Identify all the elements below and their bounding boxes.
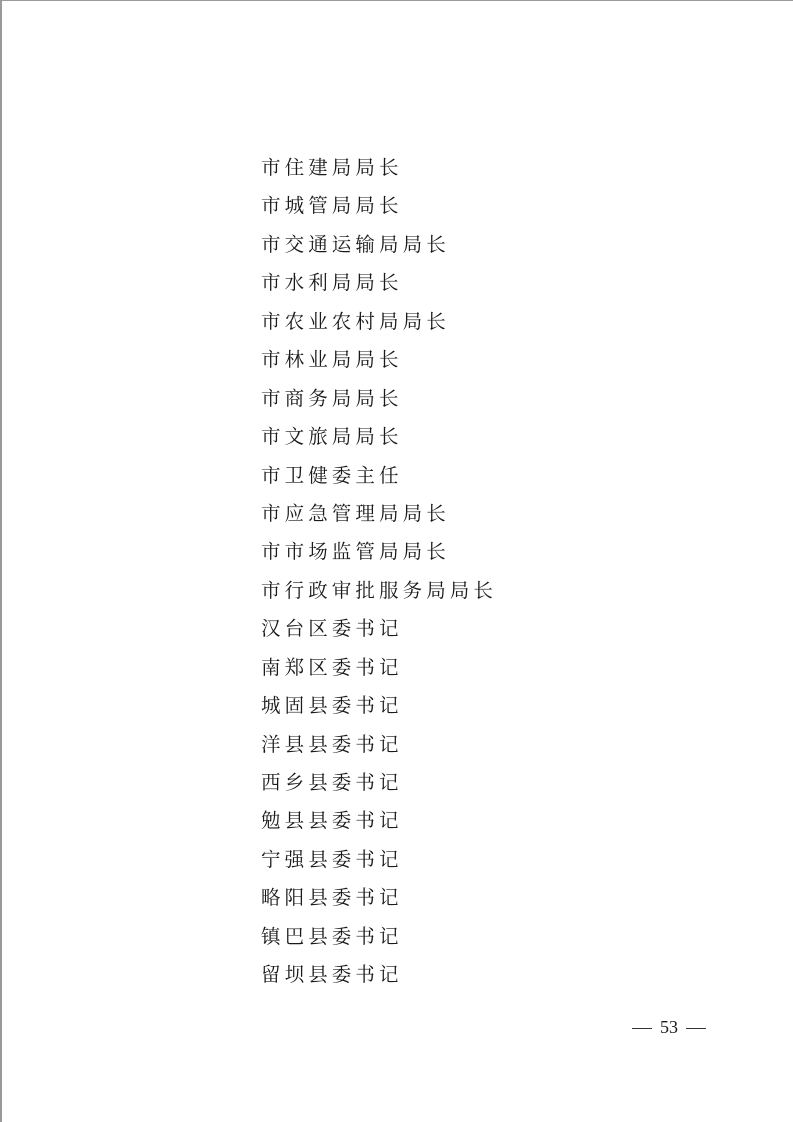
list-item: 市商务局局长 — [261, 384, 497, 422]
list-item: 镇巴县委书记 — [261, 922, 497, 960]
dash-left — [632, 1028, 652, 1029]
list-item: 勉县县委书记 — [261, 806, 497, 844]
list-item: 洋县县委书记 — [261, 730, 497, 768]
list-item: 南郑区委书记 — [261, 653, 497, 691]
list-item: 市市场监管局局长 — [261, 537, 497, 575]
list-item: 市行政审批服务局局长 — [261, 576, 497, 614]
list-item: 市林业局局长 — [261, 345, 497, 383]
list-item: 市交通运输局局长 — [261, 230, 497, 268]
list-item: 城固县委书记 — [261, 691, 497, 729]
dash-right — [686, 1028, 706, 1029]
page-number: 53 — [624, 1014, 714, 1040]
list-item: 留坝县委书记 — [261, 960, 497, 998]
list-item: 略阳县委书记 — [261, 883, 497, 921]
page-number-value: 53 — [660, 1017, 678, 1037]
list-item: 市应急管理局局长 — [261, 499, 497, 537]
list-item: 市水利局局长 — [261, 268, 497, 306]
list-item: 市卫健委主任 — [261, 461, 497, 499]
list-item: 市城管局局长 — [261, 191, 497, 229]
list-item: 市住建局局长 — [261, 153, 497, 191]
position-list: 市住建局局长 市城管局局长 市交通运输局局长 市水利局局长 市农业农村局局长 市… — [261, 153, 497, 999]
list-item: 市农业农村局局长 — [261, 307, 497, 345]
document-page: 市住建局局长 市城管局局长 市交通运输局局长 市水利局局长 市农业农村局局长 市… — [0, 0, 793, 1122]
list-item: 西乡县委书记 — [261, 768, 497, 806]
list-item: 宁强县委书记 — [261, 845, 497, 883]
list-item: 汉台区委书记 — [261, 614, 497, 652]
list-item: 市文旅局局长 — [261, 422, 497, 460]
